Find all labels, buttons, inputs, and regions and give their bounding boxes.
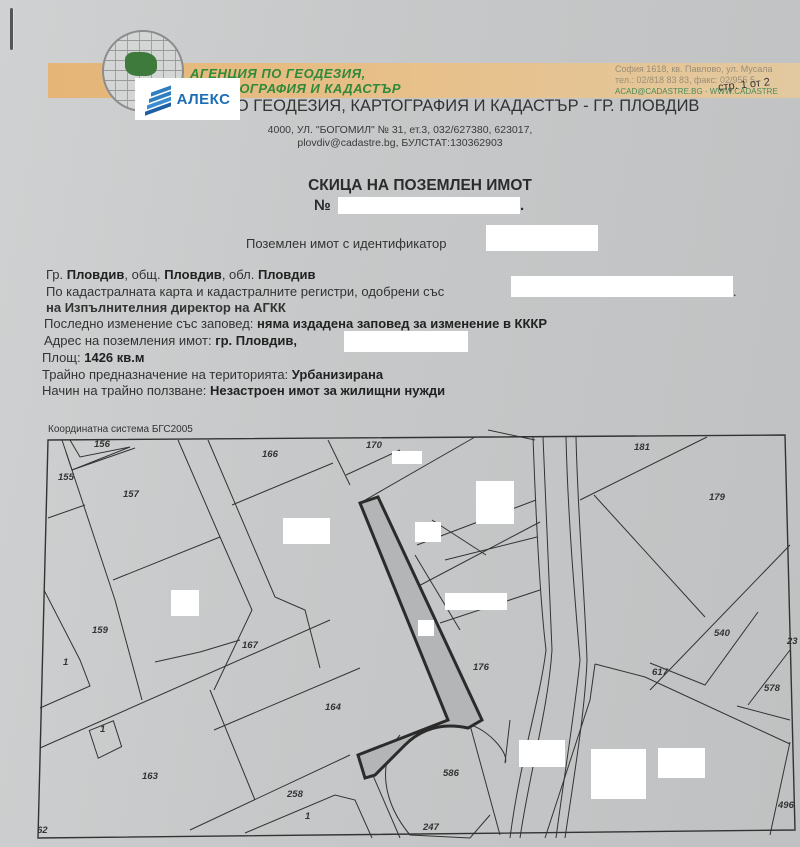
svg-text:496: 496 (777, 800, 795, 811)
svg-text:258: 258 (286, 789, 304, 800)
svg-text:578: 578 (764, 683, 781, 694)
svg-text:1: 1 (305, 811, 310, 822)
svg-text:1: 1 (63, 657, 68, 668)
svg-text:176: 176 (473, 662, 490, 673)
svg-text:163: 163 (142, 771, 159, 782)
svg-text:167: 167 (242, 640, 259, 651)
svg-text:617: 617 (652, 667, 669, 678)
svg-text:166: 166 (262, 449, 279, 460)
svg-text:157: 157 (123, 489, 140, 500)
svg-text:181: 181 (634, 442, 650, 453)
svg-text:62: 62 (37, 825, 48, 836)
svg-text:1: 1 (100, 724, 105, 735)
svg-text:23: 23 (786, 636, 798, 647)
cadastral-sketch-page: АГЕНЦИЯ ПО ГЕОДЕЗИЯ, КАРТОГРАФИЯ И КАДАС… (0, 0, 800, 847)
svg-text:170: 170 (366, 440, 383, 451)
svg-text:540: 540 (714, 628, 731, 639)
svg-text:159: 159 (92, 625, 109, 636)
cadastral-map: 156 155 157 166 170 181 179 159 167 540 … (0, 0, 800, 847)
svg-text:155: 155 (58, 472, 75, 483)
svg-text:586: 586 (443, 768, 460, 779)
svg-text:164: 164 (325, 702, 342, 713)
svg-text:156: 156 (94, 439, 111, 450)
svg-text:179: 179 (709, 492, 726, 503)
svg-text:247: 247 (422, 822, 440, 833)
